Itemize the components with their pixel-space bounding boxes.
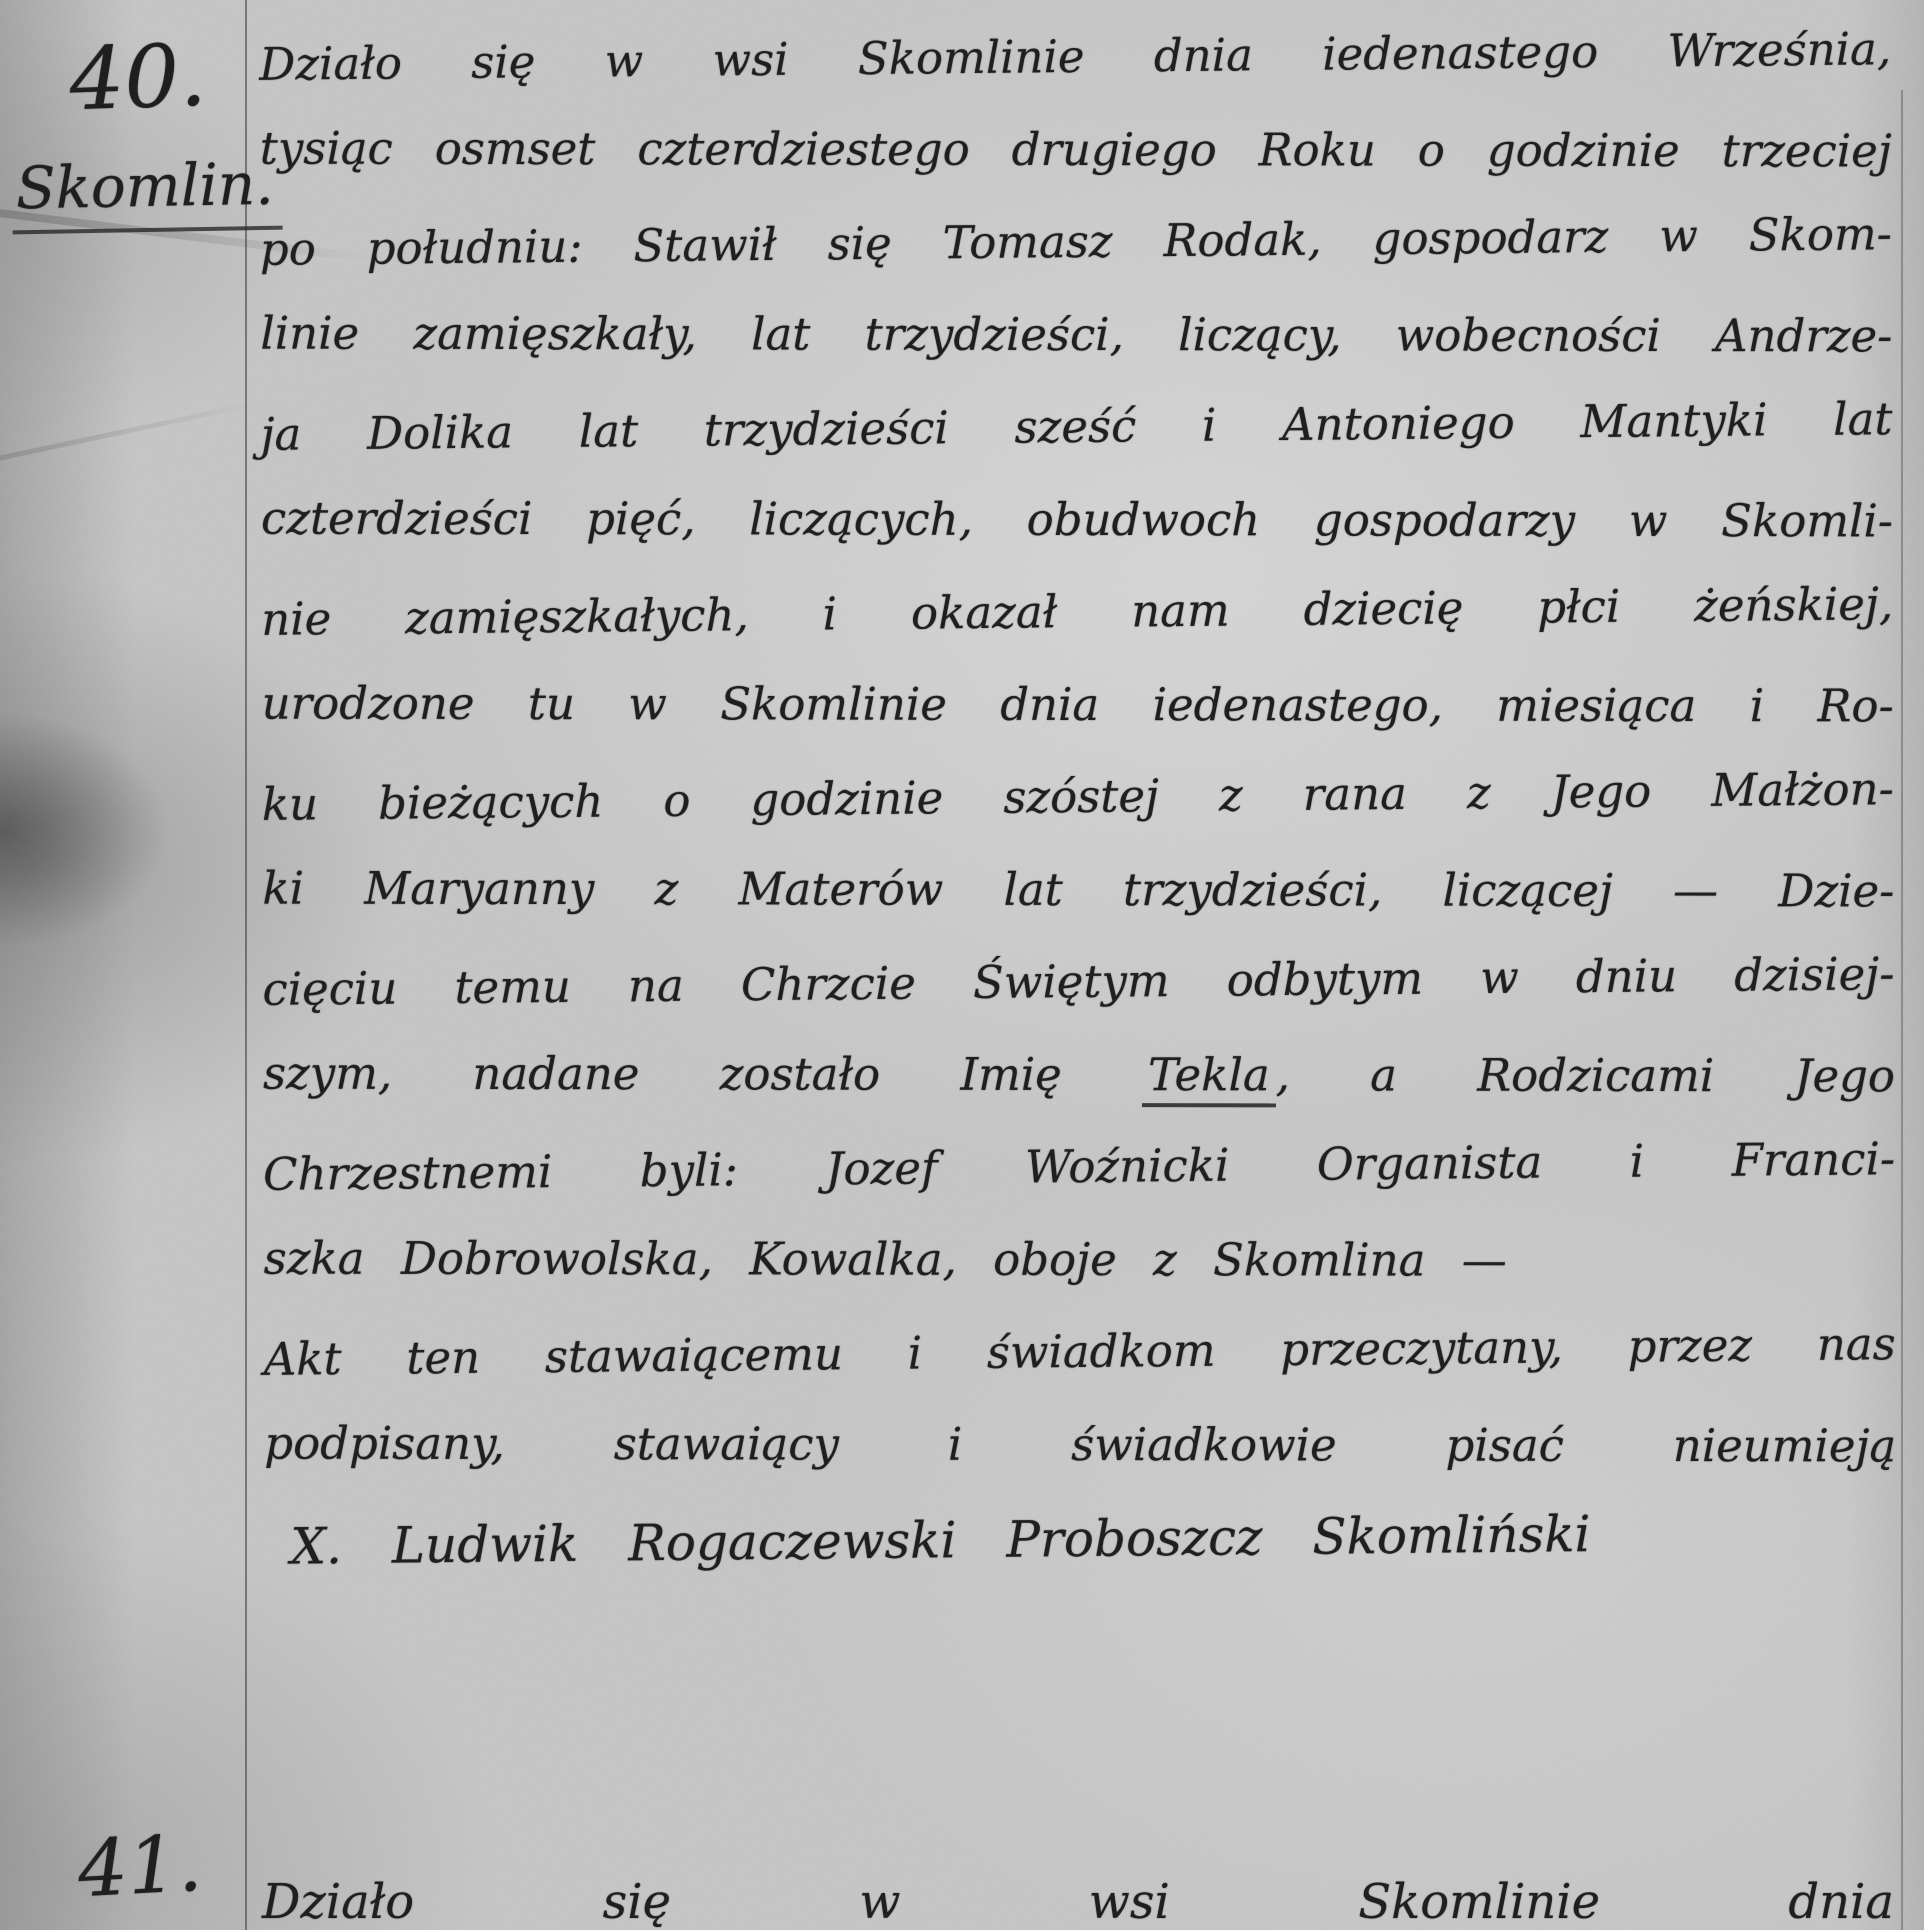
line-text: szym, nadane zostało Imię — [263, 1046, 1142, 1101]
margin-column: 40. Skomlin. 41. — [0, 0, 245, 1930]
scanned-register-page: 40. Skomlin. 41. Działo się w wsi Skomli… — [0, 0, 1924, 1930]
record-line: szka Dobrowolska, Kowalka, oboje z Skoml… — [264, 1231, 1896, 1326]
child-name-underlined: Tekla — [1142, 1048, 1276, 1107]
record-line: Akt ten stawaiącemu i świadkom przeczyta… — [264, 1317, 1897, 1425]
margin-rule-line — [245, 0, 247, 1930]
record-line: po południu: Stawił się Tomasz Rodak, go… — [260, 207, 1893, 315]
page-edge-rule-line — [1901, 90, 1903, 1930]
record-line: nie zamięszkałych, i okazał nam dziecię … — [261, 577, 1894, 685]
record-place-name: Skomlin. — [11, 150, 282, 235]
record-line: ja Dolika lat trzydzieści sześć i Antoni… — [260, 392, 1893, 500]
record-line: urodzone tu w Skomlinie dnia iedenastego… — [262, 676, 1894, 771]
record-line: ku bieżących o godzinie szóstej z rana z… — [262, 762, 1895, 870]
next-record-number: 41. — [76, 1819, 205, 1915]
record-line: Działo się w wsi Skomlinie dnia iedenast… — [259, 22, 1892, 130]
record-line: podpisany, stawaiący i świadkowie pisać … — [264, 1416, 1896, 1511]
line-text: , a Rodzicami Jego — [1276, 1048, 1895, 1102]
record-line: Chrzestnemi byli: Jozef Woźnicki Organis… — [263, 1132, 1896, 1240]
next-record-first-line-partial: Działo się w wsi Skomlinie dnia — [262, 1874, 1894, 1930]
record-line: czterdzieści pięć, liczących, obudwoch g… — [261, 491, 1893, 586]
priest-signature-line: X. Ludwik Rogaczewski Proboszcz Skomlińs… — [264, 1502, 1897, 1618]
record-line-child-name: szym, nadane zostało Imię Tekla, a Rodzi… — [263, 1046, 1895, 1141]
record-number: 40. — [46, 25, 229, 131]
record-body-text: Działo się w wsi Skomlinie dnia iedenast… — [259, 27, 1897, 1613]
record-line: cięciu temu na Chrzcie Świętym odbytym w… — [262, 947, 1895, 1055]
record-line: ki Maryanny z Materów lat trzydzieści, l… — [262, 861, 1894, 956]
record-line: linie zamięszkały, lat trzydzieści, licz… — [260, 306, 1892, 401]
record-line: tysiąc osmset czterdziestego drugiego Ro… — [260, 121, 1892, 216]
